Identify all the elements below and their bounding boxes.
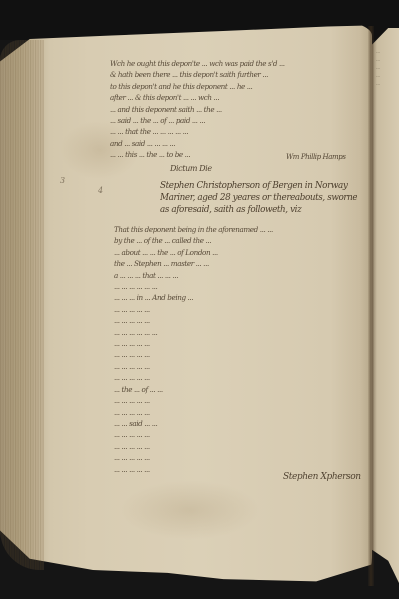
text-line: ... ... ... ... ... — [114, 349, 370, 360]
title-line: Stephen Christopherson of Bergen in Norw… — [160, 180, 357, 192]
text-line: ... ... ... ... ... — [114, 338, 370, 349]
text-line: ... and this deponent saith ... the ... — [110, 104, 368, 115]
paper-stain — [120, 480, 260, 540]
text-line: to this depon't and he this deponent ...… — [110, 81, 368, 92]
text-line: Wch he ought this depon'te ... wch was p… — [110, 58, 368, 69]
entry-heading: Dictum Die — [170, 164, 212, 173]
text-line: ... ... ... ... ... — [114, 452, 370, 463]
text-line: ... ... ... ... ... — [114, 441, 370, 452]
text-line: ... said ... the ... of ... paid ... ... — [110, 115, 368, 126]
text-line: ... about ... ... the ... of London ... — [114, 247, 370, 258]
title-line: Mariner, aged 28 yeares or thereabouts, … — [160, 192, 357, 204]
text-line: ... ... ... ... ... — [114, 315, 370, 326]
deponent-title: Stephen Christopherson of Bergen in Norw… — [160, 180, 357, 216]
text-line: and ... said ... ... ... ... — [110, 138, 368, 149]
text-line: ... ... ... ... ... — [114, 407, 370, 418]
facing-page-text: ... ... ... ... ... — [376, 48, 398, 88]
lower-entry: That this deponent being in the aforenam… — [114, 224, 370, 475]
text-line: ... ... ... ... ... — [114, 429, 370, 440]
margin-note: 4 — [98, 186, 103, 195]
text-line: ... — [376, 72, 398, 80]
text-line: ... ... ... ... ... ... — [114, 327, 370, 338]
text-line: a ... ... ... that ... ... ... — [114, 270, 370, 281]
text-line: ... ... ... ... ... — [114, 372, 370, 383]
margin-note: 3 — [60, 176, 65, 185]
upper-entry: Wch he ought this depon'te ... wch was p… — [110, 58, 368, 161]
text-line: the ... Stephen ... master ... ... — [114, 258, 370, 269]
text-line: ... the ... of ... ... — [114, 384, 370, 395]
page-edges — [0, 40, 44, 570]
text-line: by the ... of the ... called the ... — [114, 235, 370, 246]
deponent-signature: Stephen Xpherson — [283, 472, 361, 482]
text-line: ... ... that the ... ... ... ... ... — [110, 126, 368, 137]
signature: Wm Phillip Hamps — [286, 153, 346, 161]
text-line: after ... & this depon't ... ... wch ... — [110, 92, 368, 103]
text-line: ... — [376, 64, 398, 72]
text-line: ... ... ... ... ... ... — [114, 281, 370, 292]
title-line: as aforesaid, saith as followeth, viz — [160, 204, 357, 216]
facing-page — [372, 28, 399, 583]
text-line: ... ... ... ... ... — [114, 361, 370, 372]
text-line: ... ... said ... ... — [114, 418, 370, 429]
text-line: ... — [376, 56, 398, 64]
text-line: ... ... ... ... ... — [114, 395, 370, 406]
manuscript-photo: Wch he ought this depon'te ... wch was p… — [0, 0, 399, 599]
text-line: ... — [376, 48, 398, 56]
text-line: That this deponent being in the aforenam… — [114, 224, 370, 235]
text-line: ... ... ... in ... And being ... — [114, 292, 370, 303]
text-line: ... — [376, 80, 398, 88]
text-line: & hath been there ... this depon't saith… — [110, 69, 368, 80]
text-line: ... ... ... ... ... — [114, 304, 370, 315]
